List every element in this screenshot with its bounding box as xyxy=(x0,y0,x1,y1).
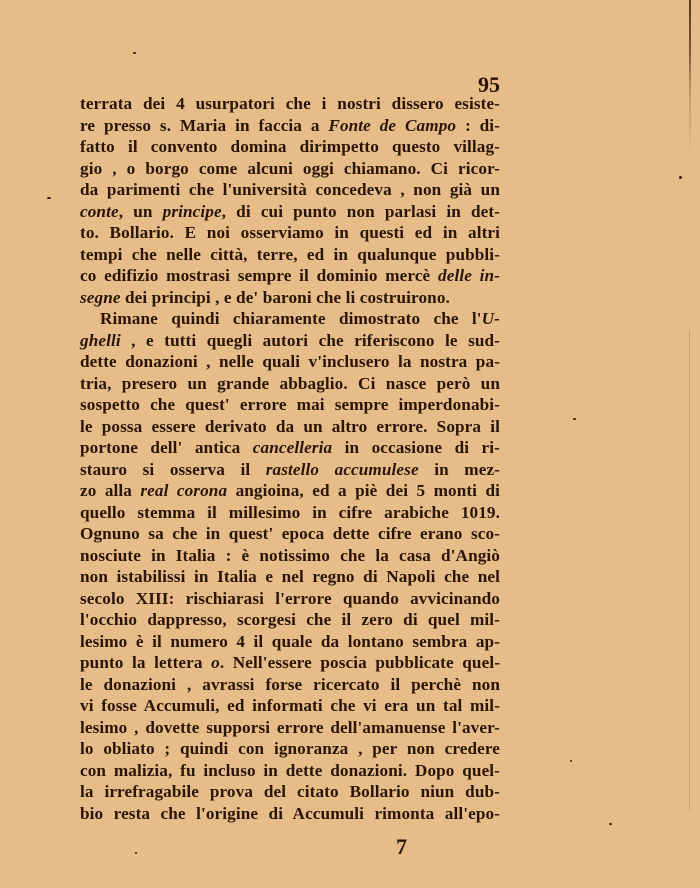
text-line: Rimane quindi chiaramente dimostrato che… xyxy=(80,308,500,330)
text-line: punto la lettera o. Nell'essere poscia p… xyxy=(80,652,500,674)
text-line: conte, un principe, di cui punto non par… xyxy=(80,201,500,223)
italic-text: cancelleria xyxy=(253,438,332,457)
text-line: secolo XIII: rischiarasi l'errore quando… xyxy=(80,588,500,610)
text-line: fatto il convento domina dirimpetto ques… xyxy=(80,136,500,158)
ink-speck xyxy=(135,852,137,854)
book-page: 95 terrata dei 4 usurpatori che i nostri… xyxy=(0,0,700,888)
text-run: . Nell'essere poscia pubblicate quel- xyxy=(220,653,500,672)
text-line: le possa essere derivato da un altro err… xyxy=(80,416,500,438)
italic-text: segne xyxy=(80,288,121,307)
text-run: gio , o borgo come alcuni oggi chiamano.… xyxy=(80,159,500,178)
page-edge-shadow-faint xyxy=(689,330,690,810)
text-line: re presso s. Maria in faccia a Fonte de … xyxy=(80,115,500,137)
text-run: tempi che nelle città, terre, ed in qual… xyxy=(80,245,500,264)
text-line: tempi che nelle città, terre, ed in qual… xyxy=(80,244,500,266)
text-line: le donazioni , avrassi forse ricercato i… xyxy=(80,674,500,696)
text-run: punto la lettera xyxy=(80,653,211,672)
text-run: tria, presero un grande abbaglio. Ci nas… xyxy=(80,374,500,393)
text-run: le possa essere derivato da un altro err… xyxy=(80,417,500,436)
text-run: quello stemma il millesimo in cifre arab… xyxy=(80,503,500,522)
text-run: non istabilissi in Italia e nel regno di… xyxy=(80,567,500,586)
text-run: portone dell' antica xyxy=(80,438,253,457)
text-run: , un xyxy=(119,202,163,221)
text-line: tria, presero un grande abbaglio. Ci nas… xyxy=(80,373,500,395)
text-line: portone dell' antica cancelleria in occa… xyxy=(80,437,500,459)
text-line: vi fosse Accumuli, ed informati che vi e… xyxy=(80,695,500,717)
italic-text: ghelli xyxy=(80,331,121,350)
ink-speck xyxy=(609,823,612,825)
ink-speck xyxy=(133,52,136,54)
text-line: zo alla real corona angioina, ed a piè d… xyxy=(80,480,500,502)
text-run: nosciute in Italia : è notissimo che la … xyxy=(80,546,500,565)
text-run: lo obliato ; quindi con ignoranza , per … xyxy=(80,739,500,758)
text-run: vi fosse Accumuli, ed informati che vi e… xyxy=(80,696,500,715)
ink-speck xyxy=(570,760,572,762)
text-run: sospetto che quest' errore mai sempre im… xyxy=(80,395,500,414)
italic-text: principe xyxy=(163,202,222,221)
text-run: l'occhio dappresso, scorgesi che il zero… xyxy=(80,610,500,629)
text-run: , di cui punto non parlasi in det- xyxy=(222,202,500,221)
italic-text: o xyxy=(211,653,220,672)
italic-text: real corona xyxy=(140,481,227,500)
text-line: non istabilissi in Italia e nel regno di… xyxy=(80,566,500,588)
text-line: ghelli , e tutti quegli autori che rifer… xyxy=(80,330,500,352)
ink-speck xyxy=(47,197,51,199)
text-line: bio resta che l'origine di Accumuli rimo… xyxy=(80,803,500,825)
text-run: secolo XIII: rischiarasi l'errore quando… xyxy=(80,589,500,608)
text-run: angioina, ed a piè dei 5 monti di xyxy=(227,481,500,500)
text-line: nosciute in Italia : è notissimo che la … xyxy=(80,545,500,567)
text-line: lo obliato ; quindi con ignoranza , per … xyxy=(80,738,500,760)
text-run: da parimenti che l'università concedeva … xyxy=(80,180,500,199)
text-line: co edifizio mostrasi sempre il dominio m… xyxy=(80,265,500,287)
text-run: bio resta che l'origine di Accumuli rimo… xyxy=(80,804,500,823)
signature-mark: 7 xyxy=(396,834,407,860)
text-run: re presso s. Maria in faccia a xyxy=(80,116,328,135)
text-line: quello stemma il millesimo in cifre arab… xyxy=(80,502,500,524)
text-run: con malizia, fu incluso in dette donazio… xyxy=(80,761,500,780)
text-line: da parimenti che l'università concedeva … xyxy=(80,179,500,201)
italic-text: Fonte de Campo xyxy=(328,116,456,135)
text-line: Ognuno sa che in quest' epoca dette cifr… xyxy=(80,523,500,545)
text-line: la irrefragabile prova del citato Bollar… xyxy=(80,781,500,803)
body-text: terrata dei 4 usurpatori che i nostri di… xyxy=(80,93,500,824)
italic-text: conte xyxy=(80,202,119,221)
text-line: dette donazioni , nelle quali v'incluser… xyxy=(80,351,500,373)
text-run: lesimo è il numero 4 il quale da lontano… xyxy=(80,632,500,651)
text-line: sospetto che quest' errore mai sempre im… xyxy=(80,394,500,416)
text-run: Ognuno sa che in quest' epoca dette cifr… xyxy=(80,524,500,543)
text-run: : di- xyxy=(456,116,500,135)
text-run: dette donazioni , nelle quali v'incluser… xyxy=(80,352,500,371)
italic-text: rastello accumulese xyxy=(266,460,419,479)
text-line: gio , o borgo come alcuni oggi chiamano.… xyxy=(80,158,500,180)
page-edge-shadow xyxy=(689,0,691,160)
text-run: to. Bollario. E noi osserviamo in questi… xyxy=(80,223,500,242)
text-run: lesimo , dovette supporsi errore dell'am… xyxy=(80,718,500,737)
text-line: con malizia, fu incluso in dette donazio… xyxy=(80,760,500,782)
text-line: lesimo è il numero 4 il quale da lontano… xyxy=(80,631,500,653)
italic-text: U- xyxy=(482,309,500,328)
text-line: segne dei principi , e de' baroni che li… xyxy=(80,287,500,309)
text-run: terrata dei 4 usurpatori che i nostri di… xyxy=(80,94,500,113)
text-run: in mez- xyxy=(419,460,500,479)
text-line: l'occhio dappresso, scorgesi che il zero… xyxy=(80,609,500,631)
text-run: le donazioni , avrassi forse ricercato i… xyxy=(80,675,500,694)
italic-text: delle in- xyxy=(438,266,500,285)
text-run: la irrefragabile prova del citato Bollar… xyxy=(80,782,500,801)
text-run: fatto il convento domina dirimpetto ques… xyxy=(80,137,500,156)
ink-speck xyxy=(679,176,682,179)
ink-speck xyxy=(573,418,576,420)
text-run: co edifizio mostrasi sempre il dominio m… xyxy=(80,266,438,285)
text-run: stauro si osserva il xyxy=(80,460,266,479)
text-run: in occasione di ri- xyxy=(332,438,500,457)
text-run: Rimane quindi chiaramente dimostrato che… xyxy=(100,309,482,328)
text-run: zo alla xyxy=(80,481,140,500)
text-line: stauro si osserva il rastello accumulese… xyxy=(80,459,500,481)
text-line: lesimo , dovette supporsi errore dell'am… xyxy=(80,717,500,739)
text-line: terrata dei 4 usurpatori che i nostri di… xyxy=(80,93,500,115)
text-line: to. Bollario. E noi osserviamo in questi… xyxy=(80,222,500,244)
text-run: dei principi , e de' baroni che li costr… xyxy=(121,288,450,307)
text-run: , e tutti quegli autori che riferiscono … xyxy=(121,331,500,350)
